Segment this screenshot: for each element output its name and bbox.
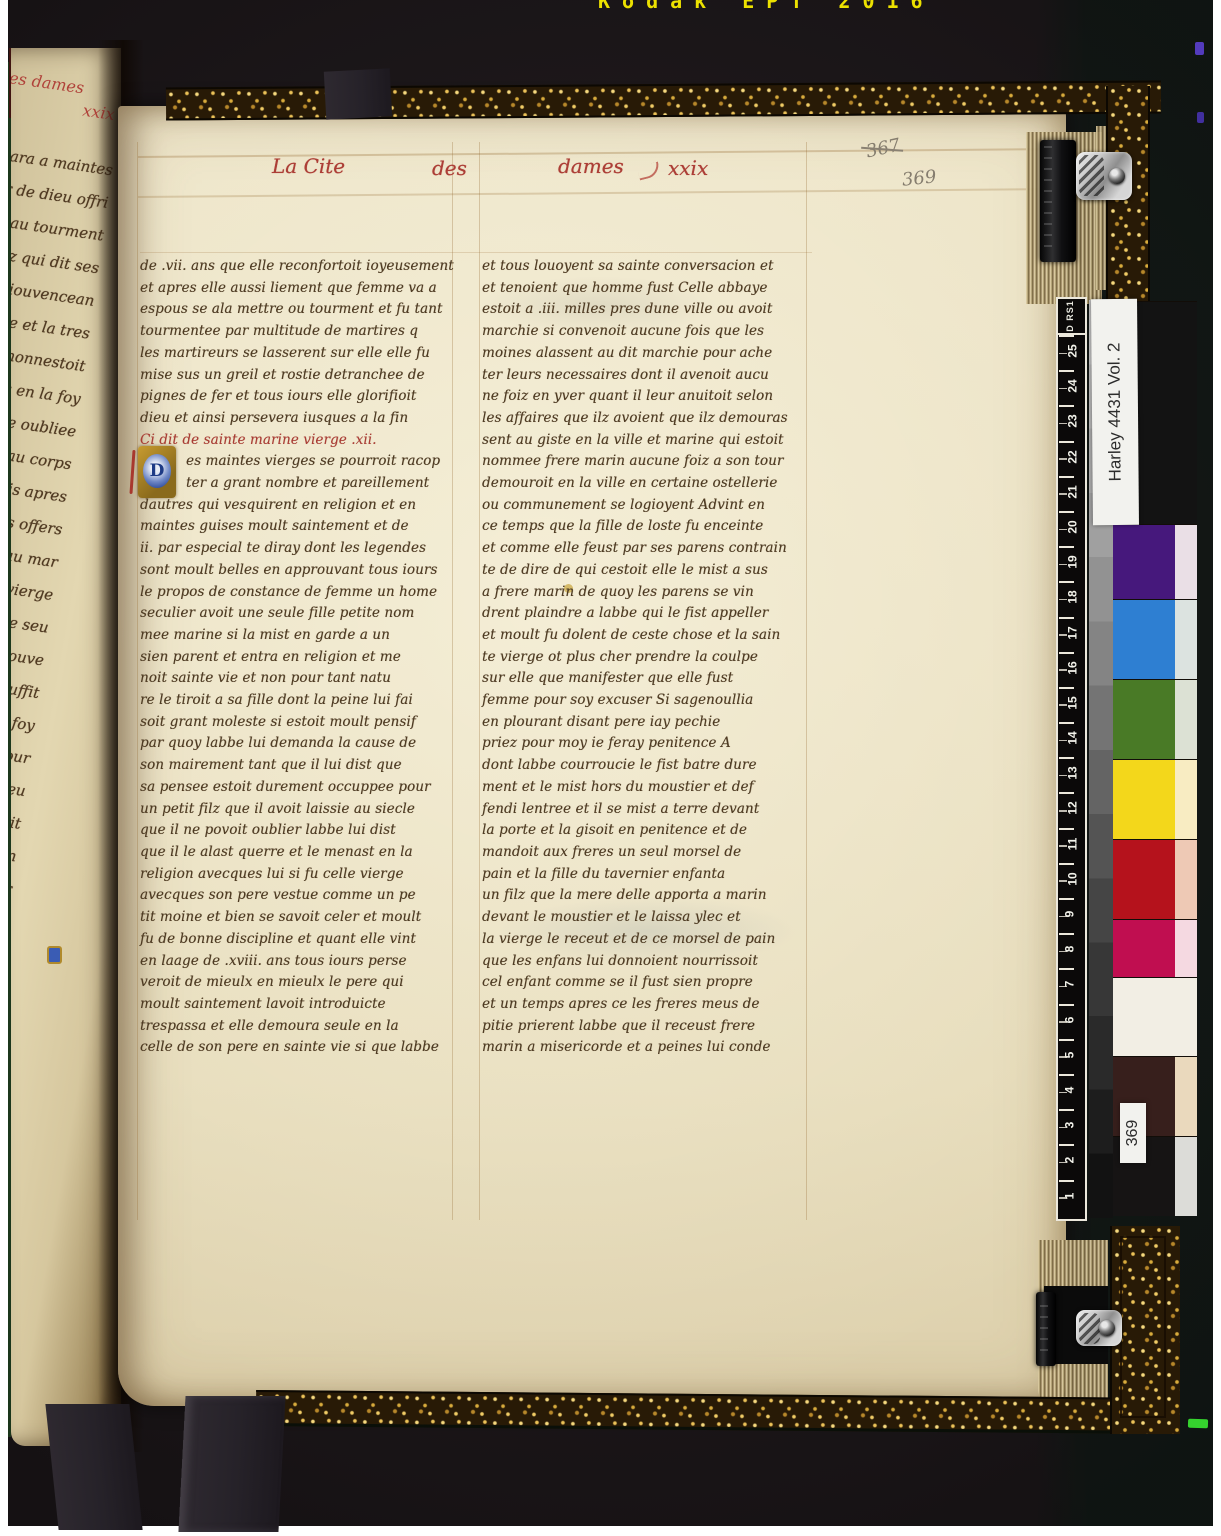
manuscript-line: ne foiz en yver quant il leur anuitoit s… — [482, 386, 804, 408]
manuscript-line: marin a misericorde et a peines lui cond… — [482, 1037, 804, 1059]
running-header-des: des — [432, 156, 467, 180]
manuscript-line: le propos de constance de femme un home — [140, 582, 460, 604]
film-mark-green — [1188, 1419, 1208, 1429]
photo-frame: Kodak EPT 2016 des dames xxix ly para a … — [0, 0, 1221, 1536]
page-clip-bottom — [1036, 1292, 1056, 1366]
ruler-tick-cell: 3 — [1058, 1109, 1085, 1144]
manuscript-line: ment et le mist hors du moustier et def — [482, 777, 804, 799]
ruler-tick-cell: 6 — [1058, 1004, 1085, 1039]
ruler-tick-cell: 12 — [1058, 792, 1085, 827]
manuscript-line: en laage de .xviii. ans tous iours perse — [140, 951, 460, 973]
page-edges-top-2 — [1096, 126, 1106, 290]
manuscript-line: noit sainte vie et non pour tant natu — [140, 668, 460, 690]
folio-number: 369 — [901, 166, 937, 190]
manuscript-line: estoit a .iii. milles pres dune ville ou… — [482, 299, 804, 321]
clip-hatch — [1079, 1313, 1100, 1344]
manuscript-line: pitie prierent labbe que il receust frer… — [482, 1016, 804, 1038]
clip-screw-icon — [1109, 168, 1125, 184]
manuscript-line: sur elle que manifester que elle fust — [482, 668, 804, 690]
ruling-line — [137, 142, 138, 1220]
illuminated-initial: D — [138, 446, 176, 498]
manuscript-line: te vierge ot plus cher prendre la coulpe — [482, 647, 804, 669]
ruler-tick-cell: 7 — [1058, 968, 1085, 1003]
ruler-tick-cell: 19 — [1058, 546, 1085, 581]
manuscript-line: un petit filz que il avoit laissie au si… — [140, 799, 460, 821]
manuscript-line: et un temps apres ce les freres meus de — [482, 994, 804, 1016]
manuscript-line: ter leurs necessaires dont il avenoit au… — [482, 365, 804, 387]
ruler-tick-cell: 20 — [1058, 511, 1085, 546]
manuscript-line: la porte et la gisoit en penitence et de — [482, 820, 804, 842]
manuscript-line: que il ne povoit oublier labbe lui dist — [140, 820, 460, 842]
manuscript-line: la vierge le receut et de ce morsel de p… — [482, 929, 804, 951]
manuscript-line: un filz que la mere delle apporta a mari… — [482, 885, 804, 907]
manuscript-line: nommee frere marin aucune foiz a son tou… — [482, 451, 804, 473]
manuscript-line: et tous louoyent sa sainte conversacion … — [482, 256, 804, 278]
text-column-2: et tous louoyent sa sainte conversacion … — [482, 256, 804, 1059]
ruling-line — [138, 188, 1066, 198]
manuscript-line: fu de bonne discipline et quant elle vin… — [140, 929, 460, 951]
manuscript-line: tit moine et bien se savoit celer et mou… — [140, 907, 460, 929]
manuscript-line: Ci dit de sainte marine vierge .xii. — [140, 430, 460, 452]
ruler-tick-cell: 1 — [1058, 1180, 1085, 1215]
clip-screw-icon — [1099, 1320, 1115, 1336]
manuscript-line: seculier avoit une seule fille petite no… — [140, 603, 460, 625]
running-header-la-cite: La Cite — [272, 154, 345, 178]
manuscript-line: marchie si convenoit aucune fois que les — [482, 321, 804, 343]
ruler-tick-cell: 16 — [1058, 652, 1085, 687]
folio-label-card: 369 — [1120, 1103, 1146, 1163]
manuscript-line: et apres elle aussi liement que femme va… — [140, 278, 460, 300]
manuscript-line: sa pensee estoit durement occuppee pour — [140, 777, 460, 799]
manuscript-line: dautres qui vesquirent en religion et en — [140, 495, 460, 517]
ruler-tick-cell: 4 — [1058, 1074, 1085, 1109]
manuscript-line: trespassa et elle demoura seule en la — [140, 1016, 460, 1038]
manuscript-line: les martireurs se lasserent sur elle ell… — [140, 343, 460, 365]
manuscript-line: sent au giste en la ville et marine qui … — [482, 430, 804, 452]
manuscript-line: mandoit aux freres un seul morsel de — [482, 842, 804, 864]
clip-plate-top — [1076, 152, 1132, 200]
initial-letter: D — [143, 454, 171, 488]
ruling-line — [806, 142, 807, 1220]
manuscript-line: drent plaindre a labbe qui le fist appel… — [482, 603, 804, 625]
ruler-tick-cell: 15 — [1058, 687, 1085, 722]
ruling-line — [479, 142, 480, 1220]
manuscript-line: pignes de fer et tous iours elle glorifi… — [140, 386, 460, 408]
page-clip-top — [1040, 140, 1076, 262]
manuscript-line: soit grant moleste si estoit moult pensi… — [140, 712, 460, 734]
manuscript-line: dieu et ainsi persevera iusques a la fin — [140, 408, 460, 430]
manuscript-line: et tenoient que homme fust Celle abbaye — [482, 278, 804, 300]
manuscript-line: sont moult belles en approuvant tous iou… — [140, 560, 460, 582]
manuscript-line: de .vii. ans que elle reconfortoit ioyeu… — [140, 256, 460, 278]
ruling-line — [140, 252, 812, 253]
manuscript-line: moines alassent au dit marchie pour ache — [482, 343, 804, 365]
cradle-strap-bottom-left — [45, 1404, 142, 1530]
cradle-strap-bottom — [178, 1396, 285, 1532]
ruler-tick-cell: 14 — [1058, 722, 1085, 757]
manuscript-line: re le tiroit a sa fille dont la peine lu… — [140, 690, 460, 712]
manuscript-line: avecques son pere vestue comme un pe — [140, 885, 460, 907]
manuscript-line: mise sus un greil et rostie detranchee d… — [140, 365, 460, 387]
manuscript-line: femme pour soy excuser Si sagenoullia — [482, 690, 804, 712]
manuscript-line: que les enfans lui donnoient nourrissoit — [482, 951, 804, 973]
manuscript-line: religion avecques lui si fu celle vierge — [140, 864, 460, 886]
manuscript-line: te de dire de qui cestoit elle le mist a… — [482, 560, 804, 582]
manuscript-line: ou communement se logioyent Advint en — [482, 495, 804, 517]
ruler-tick-cell: 8 — [1058, 933, 1085, 968]
color-patch-row — [1113, 524, 1197, 599]
cradle-strap-top — [324, 68, 392, 119]
color-patch-row — [1113, 839, 1197, 919]
color-patch-row — [1113, 919, 1197, 977]
manuscript-line: celle de son pere en sainte vie si que l… — [140, 1037, 460, 1059]
manuscript-line: son mairement tant que il lui dist que — [140, 755, 460, 777]
folio-number-crossed: 367 — [864, 135, 902, 163]
gilt-edge-top — [166, 81, 1161, 121]
manuscript-line: sien parent et entra en religion et me — [140, 647, 460, 669]
manuscript-line: ii. par especial te diray dont les legen… — [140, 538, 460, 560]
ruler-tick-cell: 13 — [1058, 757, 1085, 792]
manuscript-line: fendi lentree et il se mist a terre deva… — [482, 799, 804, 821]
measuring-ruler: D RS1 2524232221201918171615141312111098… — [1056, 297, 1087, 1221]
manuscript-line: espous se ala mettre ou tourment et fu t… — [140, 299, 460, 321]
color-patch-row — [1113, 679, 1197, 759]
manuscript-line: cel enfant comme se il fust sien propre — [482, 972, 804, 994]
manuscript-page: La Cite des dames xxix 367 369 de .vii. … — [118, 106, 1066, 1406]
manuscript-line: ce temps que la fille de loste fu encein… — [482, 516, 804, 538]
manuscript-line: a frere marin de quoy les parens se vin — [482, 582, 804, 604]
manuscript-line: les affaires que ilz avoient que ilz dem… — [482, 408, 804, 430]
running-header-dames: dames — [558, 154, 624, 178]
manuscript-line: par quoy labbe lui demanda la cause de — [140, 733, 460, 755]
ruler-tick-cell: 11 — [1058, 828, 1085, 863]
text-column-1: de .vii. ans que elle reconfortoit ioyeu… — [140, 256, 460, 1059]
ruler-tick-cell: 22 — [1058, 441, 1085, 476]
ruler-tick-cell: 21 — [1058, 476, 1085, 511]
running-header-chapter-number: xxix — [668, 156, 708, 180]
ruler-tick-cell: 9 — [1058, 898, 1085, 933]
color-patch-row — [1113, 759, 1197, 839]
color-patch-row — [1113, 977, 1197, 1056]
manuscript-line: priez pour moy ie feray penitence A — [482, 733, 804, 755]
ruler-scale: 2524232221201918171615141312111098765432… — [1058, 335, 1085, 1215]
film-mark-purple — [1195, 42, 1204, 55]
ruler-tick-cell: 17 — [1058, 617, 1085, 652]
color-patch-row — [1113, 599, 1197, 679]
ruler-tick-cell: 10 — [1058, 863, 1085, 898]
ruler-top-label: D RS1 — [1058, 299, 1085, 335]
film-edge-label: Kodak EPT 2016 — [598, 0, 935, 13]
manuscript-line: dont labbe courroucie le fist batre dure — [482, 755, 804, 777]
ruler-tick-cell: 5 — [1058, 1039, 1085, 1074]
film-mark-purple-2 — [1197, 112, 1204, 123]
manuscript-line: que il le alast querre et le menast en l… — [140, 842, 460, 864]
clip-plate-bottom — [1076, 1310, 1122, 1346]
manuscript-line: tourmentee par multitude de martires q — [140, 321, 460, 343]
manuscript-line: et moult fu dolent de ceste chose et la … — [482, 625, 804, 647]
ruler-tick-cell: 24 — [1058, 370, 1085, 405]
ruler-tick-cell: 18 — [1058, 581, 1085, 616]
manuscript-line: devant le moustier et le laissa ylec et — [482, 907, 804, 929]
manuscript-line: maintes guises moult saintement et de — [140, 516, 460, 538]
facing-page-initial — [47, 946, 62, 964]
manuscript-line: pain et la fille du tavernier enfanta — [482, 864, 804, 886]
manuscript-line: demouroit en la ville en certaine ostell… — [482, 473, 804, 495]
clip-hatch — [1079, 155, 1104, 196]
manuscript-line: et comme elle feust par ses parens contr… — [482, 538, 804, 560]
manuscript-line: es maintes vierges se pourroit racop — [140, 451, 460, 473]
manuscript-line: veroit de mieulx en mieulx le pere qui — [140, 972, 460, 994]
manuscript-line: en plourant disant pere iay pechie — [482, 712, 804, 734]
manuscript-line: mee marine si la mist en garde a un — [140, 625, 460, 647]
shelfmark-label: Harley 4431 Vol. 2 — [1091, 299, 1139, 525]
manuscript-line: moult saintement lavoit introduicte — [140, 994, 460, 1016]
ruler-tick-cell: 2 — [1058, 1144, 1085, 1179]
ruler-tick-cell: 23 — [1058, 405, 1085, 440]
manuscript-line: ter a grant nombre et pareillement — [140, 473, 460, 495]
header-flourish — [637, 162, 662, 181]
ruler-tick-cell: 25 — [1058, 335, 1085, 370]
